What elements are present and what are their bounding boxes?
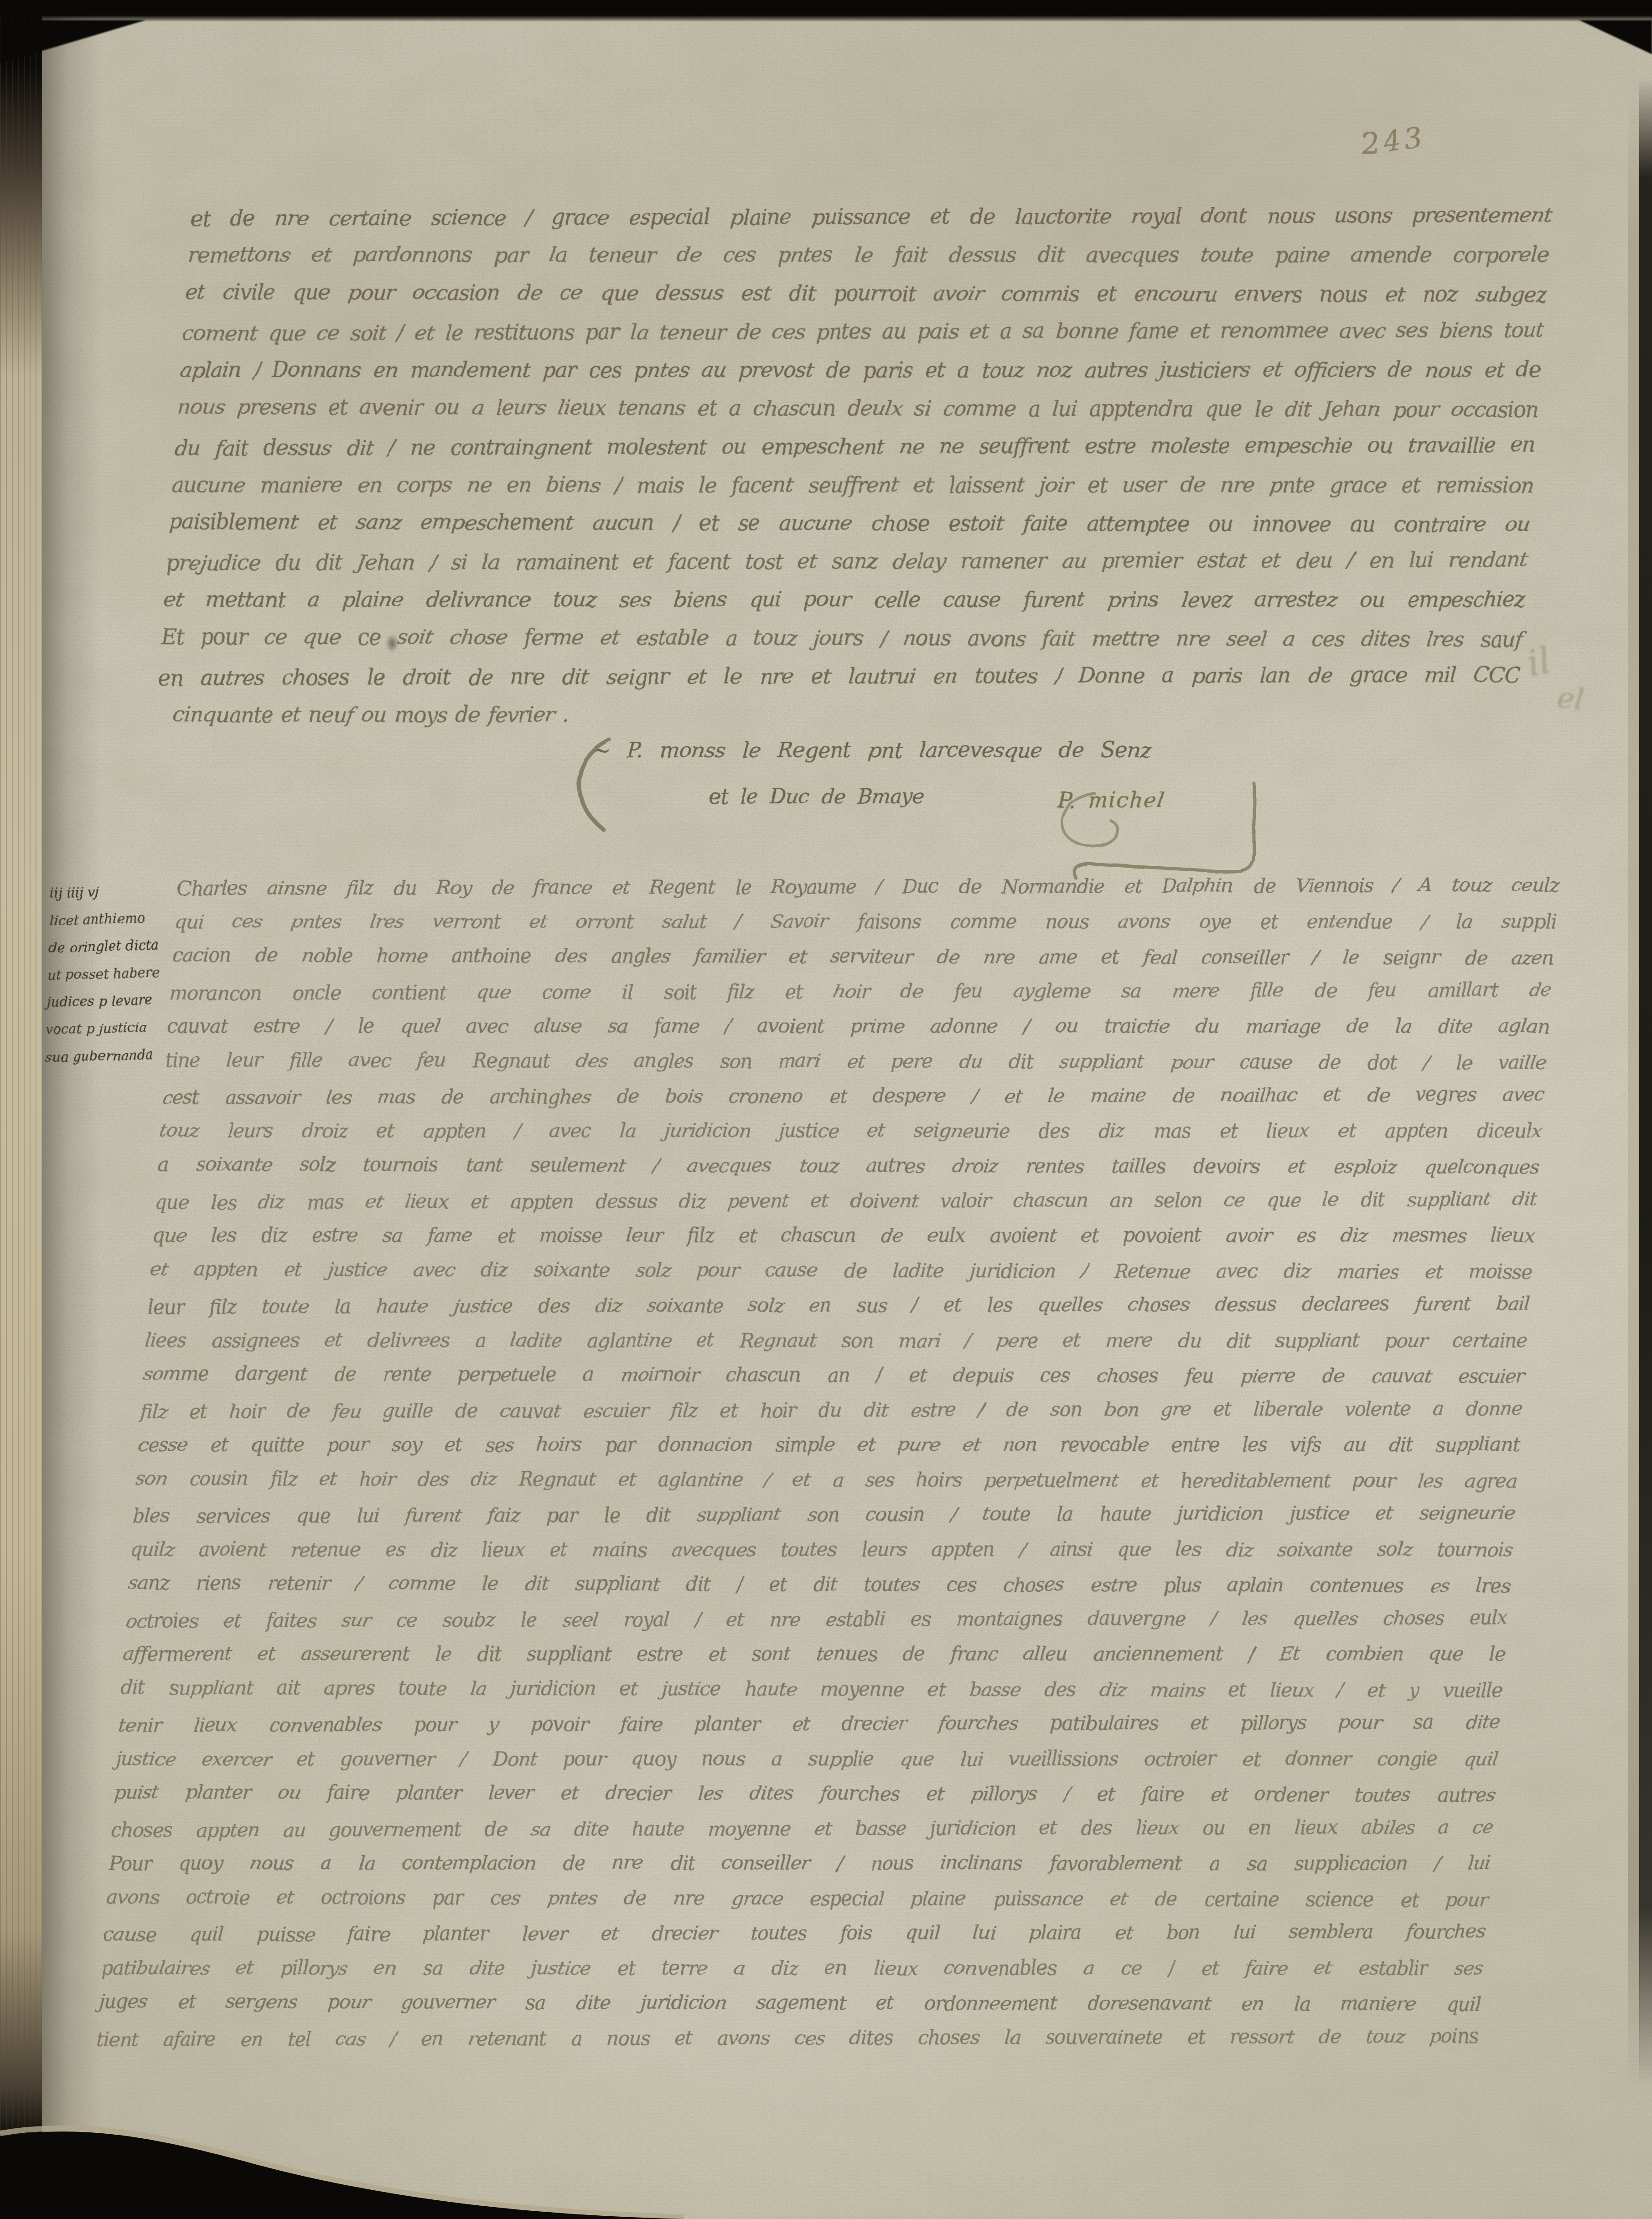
ink-bleedthrough-mark: el [1555, 681, 1585, 717]
manuscript-text-line: aplain / Donnans en mandement par ces pn… [178, 357, 1542, 396]
manuscript-text-line: cinquante et neuf ou moys de fevrier . [154, 702, 1518, 740]
manuscript-text-line: Pour quoy nous a la contemplacion de nre… [107, 1852, 1491, 1887]
subscription-opening-flourish-icon [562, 735, 630, 840]
manuscript-text-line: quilz avoient retenue es diz lieux et ma… [129, 1538, 1513, 1573]
manuscript-text-line: a soixante solz tournois tant seulement … [156, 1153, 1540, 1191]
manuscript-text-line: remettons et pardonnons par la teneur de… [186, 243, 1550, 281]
manuscript-text-line: et de nre certaine science / grace espec… [189, 202, 1553, 244]
manuscript-text-line: choses appten au gouvernement de sa dite… [109, 1816, 1494, 1854]
manuscript-text-line: que les diz mas et lieux et appten dessu… [153, 1188, 1538, 1226]
ink-bleedthrough-mark: il [1523, 640, 1554, 685]
remission-letter-paragraph: et de nre certaine science / grace espec… [154, 204, 1553, 740]
manuscript-text-line: du fait dessus dit / ne contraingnent mo… [173, 432, 1537, 474]
folio-number: 243 [1360, 121, 1428, 160]
manuscript-text-line: juges et sergens pour gouverner sa dite … [98, 1990, 1481, 2028]
margin-note-line: iij iiij vj [49, 882, 186, 913]
manuscript-text-line: dit suppliant ait apres toute la juridic… [119, 1676, 1503, 1714]
manuscript-text-line: paisiblement et sanz empeschement aucun … [167, 509, 1531, 550]
binding-gutter-shadow [42, 0, 101, 2219]
manuscript-text-line: puist planter ou faire planter lever et … [112, 1781, 1496, 1819]
signature-paraph-icon [1026, 775, 1281, 884]
manuscript-text-line: cest assavoir les mas de archinghes de b… [161, 1083, 1545, 1121]
margin-note-line: de oringlet dicta [48, 937, 186, 967]
manuscript-text-line: que les diz estre sa fame et moisse leur… [151, 1224, 1535, 1259]
manuscript-text-line: et appten et justice avec diz soixante s… [149, 1257, 1533, 1295]
margin-note-line: judices p levare [47, 991, 184, 1022]
manuscript-text-line: justice exercer et gouverner / Dont pour… [114, 1748, 1498, 1783]
manuscript-text-line: filz et hoir de feu guille de cauvat esc… [139, 1397, 1523, 1435]
manuscript-register-page: 243 et de nre certaine science / grace e… [0, 0, 1652, 2219]
manuscript-text-line: son cousin filz et hoir des diz Regnaut … [134, 1467, 1518, 1505]
manuscript-text-line: octroies et faites sur ce soubz le seel … [124, 1606, 1508, 1645]
manuscript-text-line: coment que ce soit / et le restituons pa… [181, 317, 1544, 359]
manuscript-text-line: leur filz toute la haute justice des diz… [146, 1292, 1530, 1330]
manuscript-text-line: cauvat estre / le quel avec aluse sa fam… [166, 1015, 1549, 1050]
manuscript-text-line: tient afaire en tel cas / en retenant a … [95, 2025, 1479, 2063]
book-top-left-corner [0, 20, 146, 63]
page-right-fold-edge [1628, 0, 1640, 2219]
margin-note-line: sua gubernanda [45, 1046, 182, 1077]
manuscript-text-line: Et pour ce que ce soit chose ferme et es… [160, 624, 1523, 665]
manuscript-text-line: tenir lieux convenables pour y povoir fa… [117, 1711, 1501, 1749]
manuscript-text-line: tine leur fille avec feu Regnaut des ang… [163, 1048, 1547, 1086]
manuscript-text-line: touz leurs droiz et appten / avec la jur… [158, 1120, 1542, 1155]
grant-letter-paragraph: Charles ainsne filz du Roy de france et … [95, 875, 1559, 2061]
manuscript-text-line: liees assignees et delivrees a ladite ag… [144, 1329, 1528, 1364]
book-top-edge [0, 0, 1652, 22]
margin-note-line: vocat p justicia [46, 1019, 183, 1050]
manuscript-text-line: cesse et quitte pour soy et ses hoirs pa… [136, 1433, 1520, 1469]
book-left-page-edges [0, 0, 42, 2219]
manuscript-text-line: somme dargent de rente perpetuele a moir… [141, 1362, 1525, 1400]
manuscript-text-line: nous presens et avenir ou a leurs lieux … [176, 394, 1539, 435]
manuscript-text-line: patibulaires et pillorys en sa dite just… [100, 1957, 1484, 1992]
subscription-line-regent: ~ P. monss le Regent pnt larcevesque de … [592, 738, 1151, 762]
book-bottom-left-corner [0, 2110, 684, 2219]
book-right-edge [1639, 0, 1652, 2219]
manuscript-text-line: en autres choses le droit de nre dit sei… [156, 662, 1520, 703]
manuscript-text-line: affermerent et asseurerent le dit suppli… [122, 1643, 1506, 1678]
manuscript-text-line: qui ces pntes lres verront et orront sal… [173, 910, 1557, 946]
manuscript-text-line: cacion de noble home anthoine des angles… [171, 944, 1554, 982]
manuscript-text-line: sanz riens retenir / comme le dit suppli… [127, 1572, 1511, 1609]
manuscript-text-line: Charles ainsne filz du Roy de france et … [175, 874, 1559, 912]
manuscript-text-line: et mettant a plaine delivrance touz ses … [162, 587, 1526, 626]
manuscript-text-line: morancon oncle contient que come il soit… [168, 978, 1552, 1017]
ink-blot [385, 634, 399, 653]
book-top-right-corner [1579, 20, 1652, 54]
manuscript-text-line: prejudice du dit Jehan / si la ramainent… [165, 547, 1528, 589]
manuscript-text-line: bles services que lui furent faiz par le… [131, 1501, 1516, 1540]
subscription-line-duke: et le Duc de Bmaye [708, 785, 925, 808]
margin-note-line: licet anthiemo [49, 909, 186, 940]
margin-note-line: ut posset habere [47, 964, 184, 995]
manuscript-text-line: et civile que pour occasion de ce que de… [184, 279, 1548, 321]
manuscript-text-line: aucune maniere en corps ne en biens / ma… [170, 472, 1534, 511]
latin-margin-note: iij iiij vjlicet anthiemode oringlet dic… [45, 882, 187, 1077]
manuscript-text-line: avons octroie et octroions par ces pntes… [105, 1885, 1489, 1923]
manuscript-text-line: cause quil puisse faire planter lever et… [102, 1920, 1486, 1958]
